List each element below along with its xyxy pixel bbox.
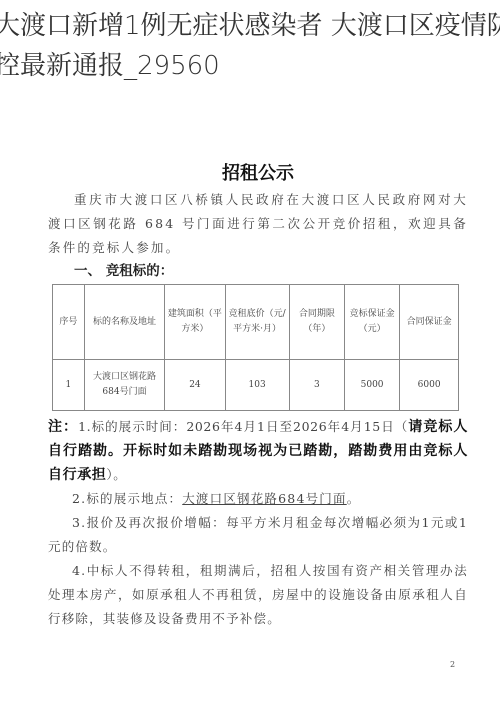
note-item-3: 3.报价及再次报价增幅：每平方米月租金每次增幅必须为1元或1元的倍数。 [48, 511, 468, 559]
cell-contract-deposit: 6000 [400, 360, 459, 411]
cell-index: 1 [53, 360, 85, 411]
page-title: 大渡口新增1例无症状感染者 大渡口区疫情防控最新通报_29560 [0, 6, 500, 86]
table-header-row: 序号 标的名称及地址 建筑面积（平方米） 竞租底价（元/平方米·月） 合同期限（… [53, 285, 459, 360]
cell-area: 24 [165, 360, 225, 411]
note-item-1: 注：1.标的展示时间：2026年4月1日至2026年4月15日（请竞标人自行踏勘… [48, 415, 468, 487]
header-term: 合同期限（年） [289, 285, 344, 360]
note-2-end: 。 [347, 491, 361, 506]
header-name-address: 标的名称及地址 [84, 285, 165, 360]
header-bid-deposit: 竞标保证金（元） [344, 285, 399, 360]
rental-table: 序号 标的名称及地址 建筑面积（平方米） 竞租底价（元/平方米·月） 合同期限（… [52, 284, 459, 411]
cell-bid-deposit: 5000 [344, 360, 399, 411]
note-item-4: 4.中标人不得转租，租期满后，招租人按国有资产相关管理办法处理本房产，如原承租人… [48, 559, 468, 631]
document-title: 招租公示 [48, 160, 468, 188]
page-number: 2 [450, 660, 455, 669]
header-contract-deposit: 合同保证金 [400, 285, 459, 360]
note-1-text: 1.标的展示时间：2026年4月1日至2026年4月15日（ [78, 419, 408, 434]
cell-term: 3 [289, 360, 344, 411]
header-area: 建筑面积（平方米） [165, 285, 225, 360]
note-1-end: ）。 [106, 467, 126, 482]
note-label: 注： [48, 419, 78, 435]
header-index: 序号 [53, 285, 85, 360]
note-2-location: 大渡口区钢花路684号门面 [182, 491, 346, 506]
table-row: 1 大渡口区钢花路684号门面 24 103 3 5000 6000 [53, 360, 459, 411]
cell-name-address: 大渡口区钢花路684号门面 [84, 360, 165, 411]
note-2-prefix: 2.标的展示地点： [72, 491, 182, 506]
cell-base-price: 103 [225, 360, 289, 411]
header-base-price: 竞租底价（元/平方米·月） [225, 285, 289, 360]
rental-notice-document: 招租公示 重庆市大渡口区八桥镇人民政府在大渡口区人民政府网对大渡口区钢花路 68… [48, 160, 468, 631]
section-heading: 一、 竞租标的： [48, 260, 468, 282]
intro-paragraph: 重庆市大渡口区八桥镇人民政府在大渡口区人民政府网对大渡口区钢花路 684 号门面… [48, 188, 468, 260]
note-item-2: 2.标的展示地点：大渡口区钢花路684号门面。 [48, 487, 468, 511]
